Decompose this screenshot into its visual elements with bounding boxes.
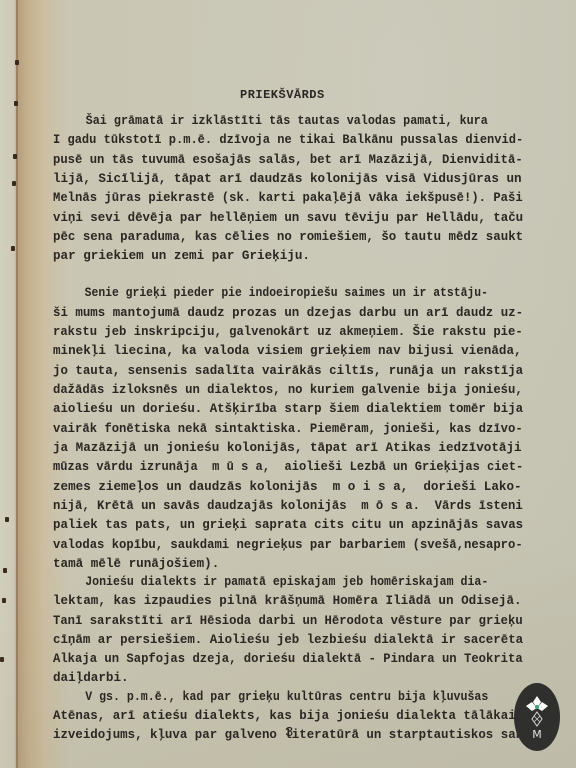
binding-stitch [13, 154, 17, 159]
text-line: Jonieśu dialekts ir pamatā episkajam jeb… [53, 573, 488, 591]
binding-stitch [11, 246, 15, 251]
text-line: jo tauta, sensenis sadalīta vairākās cil… [53, 362, 523, 380]
page-number: 3 [285, 725, 293, 741]
text-line: rakstu jeb inskripciju, galvenokārt uz a… [53, 323, 523, 341]
text-line: Šai grāmatā ir izklāstīti tās tautas val… [53, 112, 488, 130]
text-line: tamā mēlē runājošiem). [53, 555, 219, 573]
text-line: ja Mazāzijā un jonieśu kolonijās, tāpat … [53, 439, 522, 457]
text-line: V gs. p.m.ē., kad par grieķu kultūras ce… [53, 688, 488, 706]
binding-stitch [14, 101, 18, 106]
text-line: Melnās jūras piekrastē (sk. karti pakaļē… [53, 189, 523, 207]
text-line: cīņām ar persiešiem. Aiolieśu jeb lezbie… [53, 631, 523, 649]
text-line: par griekiem un zemi par Grieķiju. [53, 247, 310, 265]
binding-stitch [0, 657, 4, 662]
binding-stitch [3, 568, 7, 573]
text-line: pusē un tās tuvumā esošajās salās, bet a… [53, 151, 523, 169]
text-line: daiļdarbi. [53, 669, 129, 687]
text-line: dažādās izloksnēs un dialektos, no kurie… [53, 381, 523, 399]
text-line: paliek tas pats, un grieķi saprata cits … [53, 516, 523, 534]
page-title: PRIEKŠVĀRDS [240, 88, 325, 102]
text-line: Atēnas, arī atieśu dialekts, kas bija jo… [53, 707, 523, 725]
text-line: aiolieśu un dorieśu. Atšķirība starp šie… [53, 400, 523, 418]
watermark-badge: M [514, 683, 560, 751]
binding-edge [16, 0, 18, 768]
text-line: minekļi liecina, ka valoda visiem grieķi… [53, 342, 522, 360]
text-line: nijā, Krētā un savās daudzajās kolonijās… [53, 497, 523, 515]
text-line: zemes ziemeļos un daudzās kolonijās m o … [53, 478, 522, 496]
binding-stitch [15, 60, 19, 65]
text-line: pēc sena paraduma, kas cēlies no romieši… [53, 228, 523, 246]
ornament-m-logo-icon: M [522, 692, 552, 742]
text-line: vairāk fonētiska nekā sintaktiska. Piemē… [53, 420, 523, 438]
text-line: I gadu tūkstotī p.m.ē. dzīvoja ne tikai … [53, 131, 523, 149]
binding-stitch [12, 181, 16, 186]
text-line: lijā, Sicīlijā, tāpat arī daudzās koloni… [53, 170, 522, 188]
text-line: Tanī sarakstīti arī Hēsioda darbi un Hēr… [53, 612, 523, 630]
text-line: Alkaja un Sapfojas dzeja, dorieśu dialek… [53, 650, 523, 668]
binding-stitch [5, 517, 9, 522]
text-line: mūzas vārdu izrunāja m ū s a, aiolieši L… [53, 458, 523, 476]
binding-stitch [2, 598, 6, 603]
svg-text:M: M [532, 728, 542, 741]
text-line: viņi sevi dēvēja par hellēņiem un savu t… [53, 209, 523, 227]
text-line: Senie grieķi pieder pie indoeiropiešu sa… [53, 284, 488, 302]
text-line: ši mums mantojumā daudz prozas un dzejas… [53, 304, 523, 322]
text-line: lektam, kas izpaudies pilnā krāšņumā Hom… [53, 592, 522, 610]
text-line: valodas kopību, saukdami negrieķus par b… [53, 536, 523, 554]
